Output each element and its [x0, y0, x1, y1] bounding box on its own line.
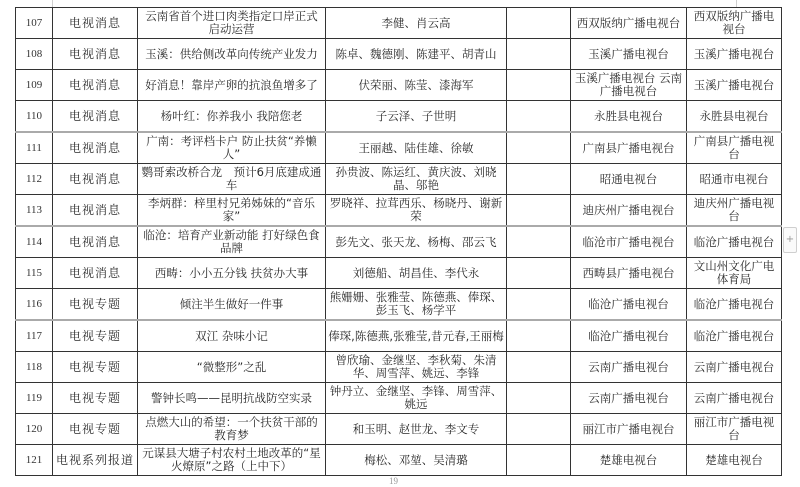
broadcaster-cell: 玉溪广播电视台	[571, 39, 687, 70]
broadcaster-cell: 西畴县广播电视台	[571, 258, 687, 289]
table-row: 107电视消息云南省首个进口肉类指定口岸正式启动运营李健、肖云高西双版纳广播电视…	[16, 8, 782, 39]
editors-cell	[507, 226, 571, 258]
page-number: 19	[389, 476, 398, 486]
row-number-cell: 108	[16, 39, 53, 70]
broadcaster-cell: 西双版纳广播电视台	[571, 8, 687, 39]
submitter-cell: 永胜县电视台	[687, 101, 782, 133]
title-cell: 好消息！靠岸产卵的抗浪鱼增多了	[138, 70, 326, 101]
authors-cell: 彭先文、张天龙、杨梅、邵云飞	[326, 226, 507, 258]
broadcaster-cell: 临沧市广播电视台	[571, 226, 687, 258]
title-cell: 双江 杂味小记	[138, 320, 326, 352]
category-cell: 电视专题	[53, 320, 138, 352]
title-cell: 鹦哥索改桥合龙 预计6月底建成通车	[138, 164, 326, 195]
submitter-cell: 临沧广播电视台	[687, 320, 782, 352]
submitter-cell: 云南广播电视台	[687, 352, 782, 383]
category-cell: 电视消息	[53, 101, 138, 133]
row-number-cell: 115	[16, 258, 53, 289]
authors-cell: 李健、肖云高	[326, 8, 507, 39]
title-cell: 西畴：小小五分钱 扶贫办大事	[138, 258, 326, 289]
row-number-cell: 116	[16, 289, 53, 321]
category-cell: 电视系列报道	[53, 445, 138, 476]
table-row: 109电视消息好消息！靠岸产卵的抗浪鱼增多了伏荣丽、陈莹、漆海军玉溪广播电视台 …	[16, 70, 782, 101]
row-number-cell: 111	[16, 132, 53, 164]
add-row-button[interactable]: +	[783, 227, 797, 253]
category-cell: 电视专题	[53, 289, 138, 321]
row-number-cell: 117	[16, 320, 53, 352]
row-number-cell: 113	[16, 195, 53, 227]
table-row: 112电视消息鹦哥索改桥合龙 预计6月底建成通车孙贵波、陈运红、黄庆波、刘晓晶、…	[16, 164, 782, 195]
title-cell: 杨叶红：你养我小 我陪您老	[138, 101, 326, 133]
authors-cell: 熊姗姗、张雅莹、陈德燕、俸琛、彭玉飞、杨学平	[326, 289, 507, 321]
table-row: 116电视专题倾注半生做好一件事熊姗姗、张雅莹、陈德燕、俸琛、彭玉飞、杨学平临沧…	[16, 289, 782, 321]
row-number-cell: 110	[16, 101, 53, 133]
row-number-cell: 109	[16, 70, 53, 101]
editors-cell	[507, 164, 571, 195]
title-cell: 云南省首个进口肉类指定口岸正式启动运营	[138, 8, 326, 39]
authors-cell: 子云泽、子世明	[326, 101, 507, 133]
editors-cell	[507, 258, 571, 289]
broadcaster-cell: 云南广播电视台	[571, 383, 687, 414]
row-number-cell: 107	[16, 8, 53, 39]
editors-cell	[507, 414, 571, 445]
table-row: 114电视消息临沧：培育产业新动能 打好绿色食品牌彭先文、张天龙、杨梅、邵云飞临…	[16, 226, 782, 258]
broadcaster-cell: 广南县广播电视台	[571, 132, 687, 164]
category-cell: 电视消息	[53, 132, 138, 164]
submitter-cell: 西双版纳广播电视台	[687, 8, 782, 39]
submitter-cell: 云南广播电视台	[687, 383, 782, 414]
table-row: 108电视消息玉溪：供给侧改革向传统产业发力陈卓、魏德刚、陈建平、胡青山玉溪广播…	[16, 39, 782, 70]
editors-cell	[507, 383, 571, 414]
submitter-cell: 广南县广播电视台	[687, 132, 782, 164]
authors-cell: 伏荣丽、陈莹、漆海军	[326, 70, 507, 101]
broadcaster-cell: 临沧广播电视台	[571, 289, 687, 321]
table-row: 115电视消息西畴：小小五分钱 扶贫办大事刘德船、胡昌佳、李代永西畴县广播电视台…	[16, 258, 782, 289]
category-cell: 电视专题	[53, 352, 138, 383]
submitter-cell: 玉溪广播电视台	[687, 70, 782, 101]
authors-cell: 俸琛,陈德燕,张雅莹,昔元春,王丽梅	[326, 320, 507, 352]
table-row: 121电视系列报道元谋县大塘子村农村土地改革的“星火燎原”之路（上中下）梅松、邓…	[16, 445, 782, 476]
row-number-cell: 119	[16, 383, 53, 414]
row-number-cell: 120	[16, 414, 53, 445]
title-cell: 点燃大山的希望：一个扶贫干部的教育梦	[138, 414, 326, 445]
title-cell: “微整形”之乱	[138, 352, 326, 383]
category-cell: 电视消息	[53, 70, 138, 101]
submitter-cell: 丽江市广播电视台	[687, 414, 782, 445]
authors-cell: 和玉明、赵世龙、李文专	[326, 414, 507, 445]
title-cell: 玉溪：供给侧改革向传统产业发力	[138, 39, 326, 70]
category-cell: 电视消息	[53, 164, 138, 195]
ruler-guide-right	[736, 0, 737, 7]
editors-cell	[507, 289, 571, 321]
title-cell: 元谋县大塘子村农村土地改革的“星火燎原”之路（上中下）	[138, 445, 326, 476]
row-number-cell: 121	[16, 445, 53, 476]
authors-cell: 罗晓祥、拉茸西乐、杨晓丹、谢新荣	[326, 195, 507, 227]
broadcaster-cell: 丽江市广播电视台	[571, 414, 687, 445]
submitter-cell: 迪庆州广播电视台	[687, 195, 782, 227]
broadcaster-cell: 临沧广播电视台	[571, 320, 687, 352]
table-row: 120电视专题点燃大山的希望：一个扶贫干部的教育梦和玉明、赵世龙、李文专丽江市广…	[16, 414, 782, 445]
category-cell: 电视专题	[53, 414, 138, 445]
editors-cell	[507, 101, 571, 133]
table-row: 117电视专题双江 杂味小记俸琛,陈德燕,张雅莹,昔元春,王丽梅临沧广播电视台临…	[16, 320, 782, 352]
awards-table: 107电视消息云南省首个进口肉类指定口岸正式启动运营李健、肖云高西双版纳广播电视…	[15, 7, 782, 476]
category-cell: 电视消息	[53, 226, 138, 258]
title-cell: 临沧：培育产业新动能 打好绿色食品牌	[138, 226, 326, 258]
category-cell: 电视消息	[53, 39, 138, 70]
editors-cell	[507, 8, 571, 39]
authors-cell: 曾欣瑜、金继坚、李秋菊、朱清华、周雪萍、姚远、李锋	[326, 352, 507, 383]
table-row: 118电视专题“微整形”之乱曾欣瑜、金继坚、李秋菊、朱清华、周雪萍、姚远、李锋云…	[16, 352, 782, 383]
title-cell: 广南：考评档卡户 防止扶贫“养懒人”	[138, 132, 326, 164]
table-row: 111电视消息广南：考评档卡户 防止扶贫“养懒人”王丽越、陆佳雄、徐敏广南县广播…	[16, 132, 782, 164]
authors-cell: 王丽越、陆佳雄、徐敏	[326, 132, 507, 164]
editors-cell	[507, 70, 571, 101]
table-row: 113电视消息李炳群：梓里村兄弟姊妹的“音乐家”罗晓祥、拉茸西乐、杨晓丹、谢新荣…	[16, 195, 782, 227]
editors-cell	[507, 39, 571, 70]
submitter-cell: 临沧广播电视台	[687, 226, 782, 258]
broadcaster-cell: 云南广播电视台	[571, 352, 687, 383]
editors-cell	[507, 195, 571, 227]
submitter-cell: 玉溪广播电视台	[687, 39, 782, 70]
editors-cell	[507, 132, 571, 164]
title-cell: 李炳群：梓里村兄弟姊妹的“音乐家”	[138, 195, 326, 227]
authors-cell: 刘德船、胡昌佳、李代永	[326, 258, 507, 289]
title-cell: 警钟长鸣——昆明抗战防空实录	[138, 383, 326, 414]
editors-cell	[507, 320, 571, 352]
broadcaster-cell: 昭通电视台	[571, 164, 687, 195]
category-cell: 电视专题	[53, 383, 138, 414]
table-row: 119电视专题警钟长鸣——昆明抗战防空实录钟丹立、金继坚、李锋、周雪萍、姚远云南…	[16, 383, 782, 414]
broadcaster-cell: 玉溪广播电视台 云南广播电视台	[571, 70, 687, 101]
table-body: 107电视消息云南省首个进口肉类指定口岸正式启动运营李健、肖云高西双版纳广播电视…	[16, 8, 782, 476]
table-row: 110电视消息杨叶红：你养我小 我陪您老子云泽、子世明永胜县电视台永胜县电视台	[16, 101, 782, 133]
editors-cell	[507, 352, 571, 383]
authors-cell: 梅松、邓堃、吴清璐	[326, 445, 507, 476]
authors-cell: 钟丹立、金继坚、李锋、周雪萍、姚远	[326, 383, 507, 414]
editors-cell	[507, 445, 571, 476]
title-cell: 倾注半生做好一件事	[138, 289, 326, 321]
broadcaster-cell: 楚雄电视台	[571, 445, 687, 476]
submitter-cell: 楚雄电视台	[687, 445, 782, 476]
row-number-cell: 114	[16, 226, 53, 258]
ruler-guide-left	[52, 0, 53, 7]
category-cell: 电视消息	[53, 195, 138, 227]
authors-cell: 孙贵波、陈运红、黄庆波、刘晓晶、邬艳	[326, 164, 507, 195]
submitter-cell: 临沧广播电视台	[687, 289, 782, 321]
category-cell: 电视消息	[53, 8, 138, 39]
row-number-cell: 112	[16, 164, 53, 195]
row-number-cell: 118	[16, 352, 53, 383]
broadcaster-cell: 永胜县电视台	[571, 101, 687, 133]
category-cell: 电视消息	[53, 258, 138, 289]
submitter-cell: 文山州文化广电体育局	[687, 258, 782, 289]
submitter-cell: 昭通市电视台	[687, 164, 782, 195]
broadcaster-cell: 迪庆州广播电视台	[571, 195, 687, 227]
authors-cell: 陈卓、魏德刚、陈建平、胡青山	[326, 39, 507, 70]
